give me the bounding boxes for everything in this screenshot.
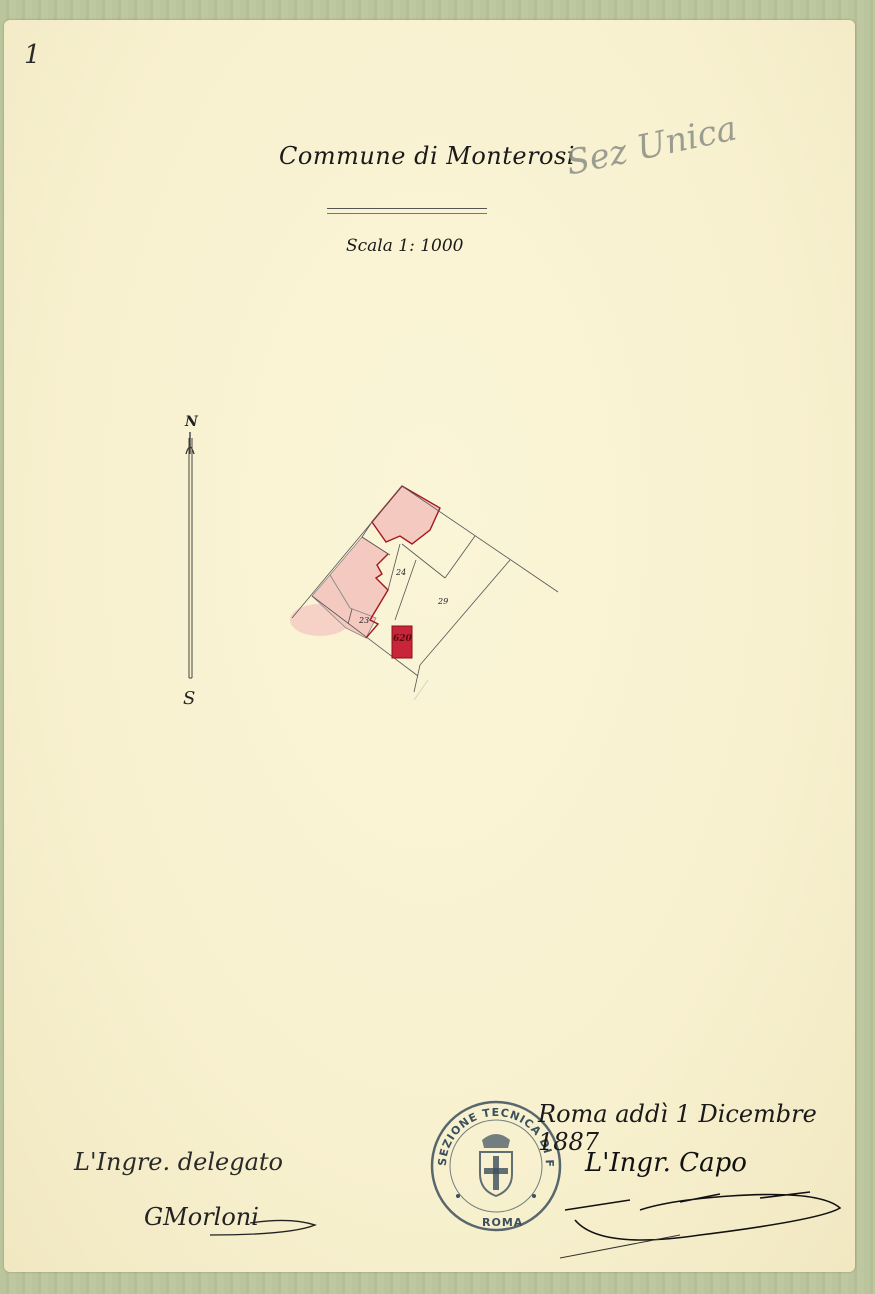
- svg-text:GMorloni: GMorloni: [144, 1203, 259, 1231]
- parcel-label-29: 29: [437, 597, 448, 606]
- crown-icon: [482, 1134, 510, 1148]
- south-label: S: [183, 688, 195, 709]
- stamp-top-text: SEZIONE TECNICA DI FINANZA: [428, 1098, 556, 1168]
- delegate-engineer-title: L'Ingre. delegato: [74, 1148, 283, 1176]
- title-divider: [327, 208, 487, 214]
- page-number: 1: [24, 40, 41, 70]
- chief-engineer-signature: [560, 1180, 855, 1260]
- svg-text:SEZIONE TECNICA DI FINANZA: SEZIONE TECNICA DI FINANZA: [428, 1098, 556, 1168]
- cadastral-map: 620 24 29 23: [290, 480, 570, 700]
- building-north: [372, 486, 440, 544]
- parcel-label-620: 620: [393, 634, 413, 644]
- north-arrow-icon: N S: [176, 410, 206, 710]
- document-title: Commune di Monterosi: [279, 142, 575, 170]
- parcel-label-24: 24: [395, 568, 406, 577]
- parcel-label-23: 23: [358, 616, 369, 625]
- north-label: N: [184, 414, 199, 430]
- chief-engineer-title: L'Ingr. Capo: [585, 1148, 747, 1178]
- scale-label: Scala 1: 1000: [346, 236, 464, 256]
- delegate-engineer-signature: GMorloni: [140, 1195, 320, 1240]
- stamp-bottom-text: ROMA: [482, 1216, 523, 1229]
